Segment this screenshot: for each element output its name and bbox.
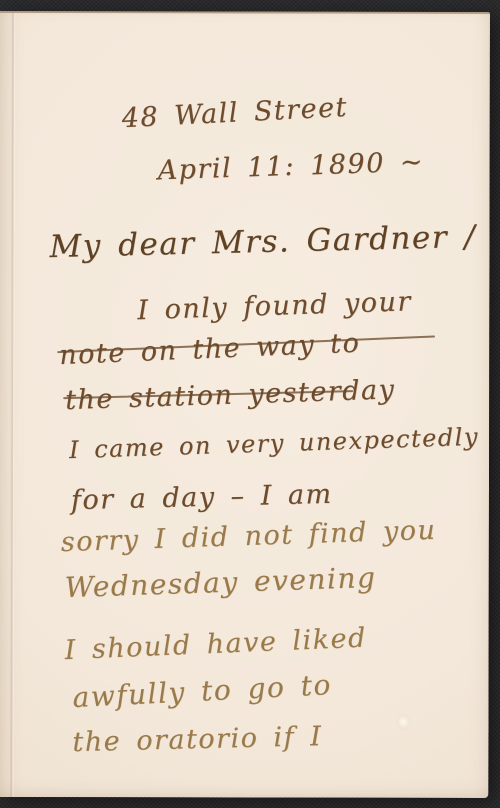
letter-body-line: I came on very unexpectedly: [69, 423, 480, 464]
date-line: April 11: 1890 ~: [157, 147, 424, 187]
letter-body-line: the oratorio if I: [72, 721, 323, 758]
letter-body-line: I only found your: [137, 286, 412, 326]
letter-body-line: Wednesday evening: [64, 561, 377, 604]
letter-body-line: for a day – I am: [71, 479, 333, 516]
photo-background: 48 Wall Street April 11: 1890 ~ My dear …: [0, 0, 500, 808]
fold-crease: [9, 13, 16, 797]
address-line: 48 Wall Street: [121, 92, 349, 134]
letter-page: 48 Wall Street April 11: 1890 ~ My dear …: [0, 11, 490, 798]
letter-body-line: awfully to go to: [72, 668, 333, 714]
letter-body-line: I should have liked: [64, 623, 367, 667]
paper-blemish: [396, 714, 410, 730]
letter-body-line: sorry I did not find you: [60, 515, 436, 558]
salutation-line: My dear Mrs. Gardner /: [49, 219, 477, 265]
